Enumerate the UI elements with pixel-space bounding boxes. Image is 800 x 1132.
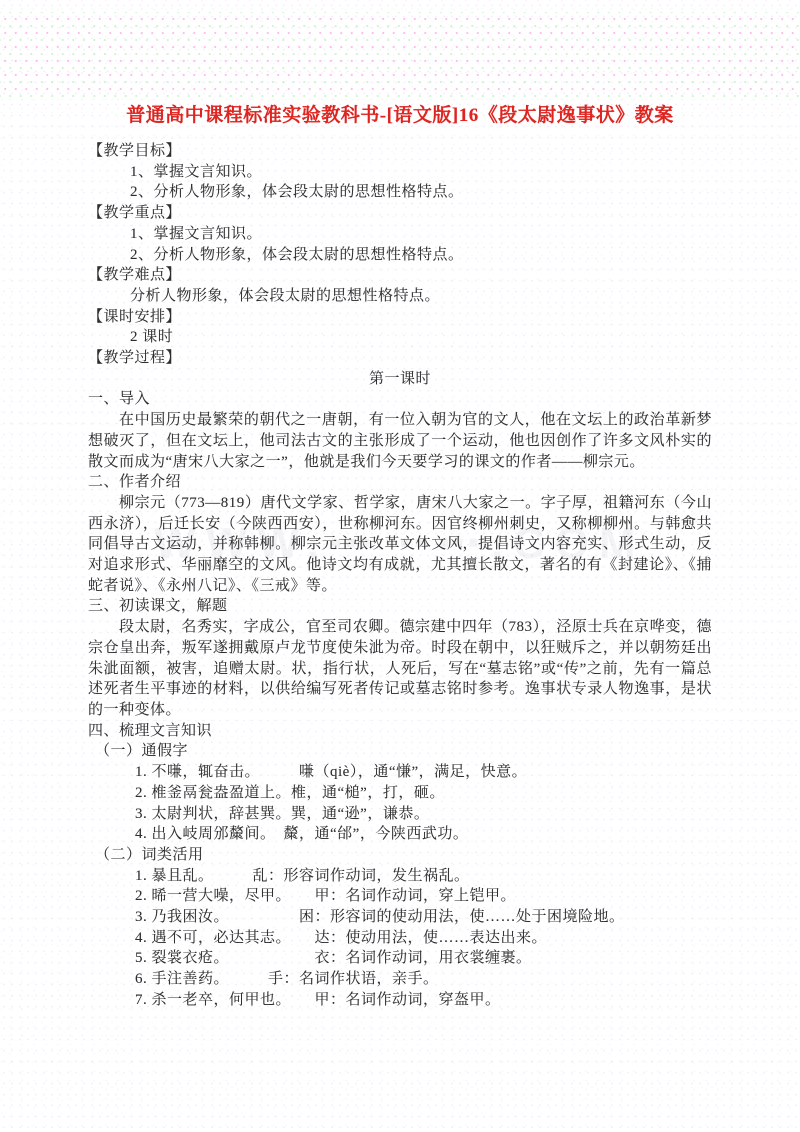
schedule-item: 2 课时 xyxy=(88,327,712,348)
key-point-item-1: 1、掌握文言知识。 xyxy=(88,224,712,245)
tongjiazi-item-3: 3. 太尉判状，辞甚巽。巽，通“逊”，谦恭。 xyxy=(88,804,712,825)
huoyong-item-1: 1. 暴且乱。 乱：形容词作动词，发生祸乱。 xyxy=(88,866,712,887)
huoyong-item-7: 7. 杀一老卒，何甲也。 甲：名词作动词，穿盔甲。 xyxy=(88,990,712,1011)
first-read-paragraph: 段太尉，名秀实，字成公，官至司农卿。德宗建中四年（783），泾原士兵在京哗变，德… xyxy=(88,617,712,721)
objective-item-2: 2、分析人物形象，体会段太尉的思想性格特点。 xyxy=(88,182,712,203)
part3-heading-first-read: 三、初读课文，解题 xyxy=(88,596,712,617)
tongjiazi-item-1: 1. 不嗛，辄奋击。 嗛（qiè），通“慊”，满足，快意。 xyxy=(88,762,712,783)
section-heading-difficulty: 【教学难点】 xyxy=(88,265,712,286)
huoyong-item-3: 3. 乃我困汝。 困：形容词的使动用法，使……处于困境险地。 xyxy=(88,907,712,928)
part1-heading-intro: 一、导入 xyxy=(88,389,712,410)
key-point-item-2: 2、分析人物形象，体会段太尉的思想性格特点。 xyxy=(88,245,712,266)
subsection-cilei-huoyong: （二）词类活用 xyxy=(88,845,712,866)
part4-heading-knowledge: 四、梳理文言知识 xyxy=(88,721,712,742)
document-title: 普通高中课程标准实验教科书-[语文版]16《段太尉逸事状》教案 xyxy=(0,100,800,127)
document-page: WWW.⋯⋯⋯.COM 普通高中课程标准实验教科书-[语文版]16《段太尉逸事状… xyxy=(0,0,800,1132)
difficulty-item: 分析人物形象，体会段太尉的思想性格特点。 xyxy=(88,286,712,307)
intro-paragraph: 在中国历史最繁荣的朝代之一唐朝，有一位入朝为官的文人，他在文坛上的政治革新梦想破… xyxy=(88,410,712,472)
part2-heading-author: 二、作者介绍 xyxy=(88,472,712,493)
objective-item-1: 1、掌握文言知识。 xyxy=(88,162,712,183)
tongjiazi-item-2: 2. 椎釜鬲瓮盎盈道上。椎，通“槌”，打，砸。 xyxy=(88,783,712,804)
document-body: 【教学目标】 1、掌握文言知识。 2、分析人物形象，体会段太尉的思想性格特点。 … xyxy=(88,141,712,1011)
halftone-dot-texture xyxy=(0,12,800,98)
lesson-one-heading: 第一课时 xyxy=(88,369,712,390)
section-heading-objectives: 【教学目标】 xyxy=(88,141,712,162)
author-paragraph: 柳宗元（773—819）唐代文学家、哲学家，唐宋八大家之一。字子厚，祖籍河东（今… xyxy=(88,493,712,597)
huoyong-item-4: 4. 遇不可，必达其志。 达：使动用法，使……表达出来。 xyxy=(88,928,712,949)
tongjiazi-item-4: 4. 出入岐周邠斄间。 斄，通“邰”，今陕西武功。 xyxy=(88,824,712,845)
huoyong-item-2: 2. 晞一营大噪，尽甲。 甲：名词作动词，穿上铠甲。 xyxy=(88,886,712,907)
section-heading-schedule: 【课时安排】 xyxy=(88,307,712,328)
huoyong-item-5: 5. 裂裳衣疮。 衣：名词作动词，用衣裳缠裹。 xyxy=(88,948,712,969)
subsection-tongjiazi: （一）通假字 xyxy=(88,741,712,762)
section-heading-key-points: 【教学重点】 xyxy=(88,203,712,224)
huoyong-item-6: 6. 手注善药。 手：名词作状语，亲手。 xyxy=(88,969,712,990)
section-heading-process: 【教学过程】 xyxy=(88,348,712,369)
